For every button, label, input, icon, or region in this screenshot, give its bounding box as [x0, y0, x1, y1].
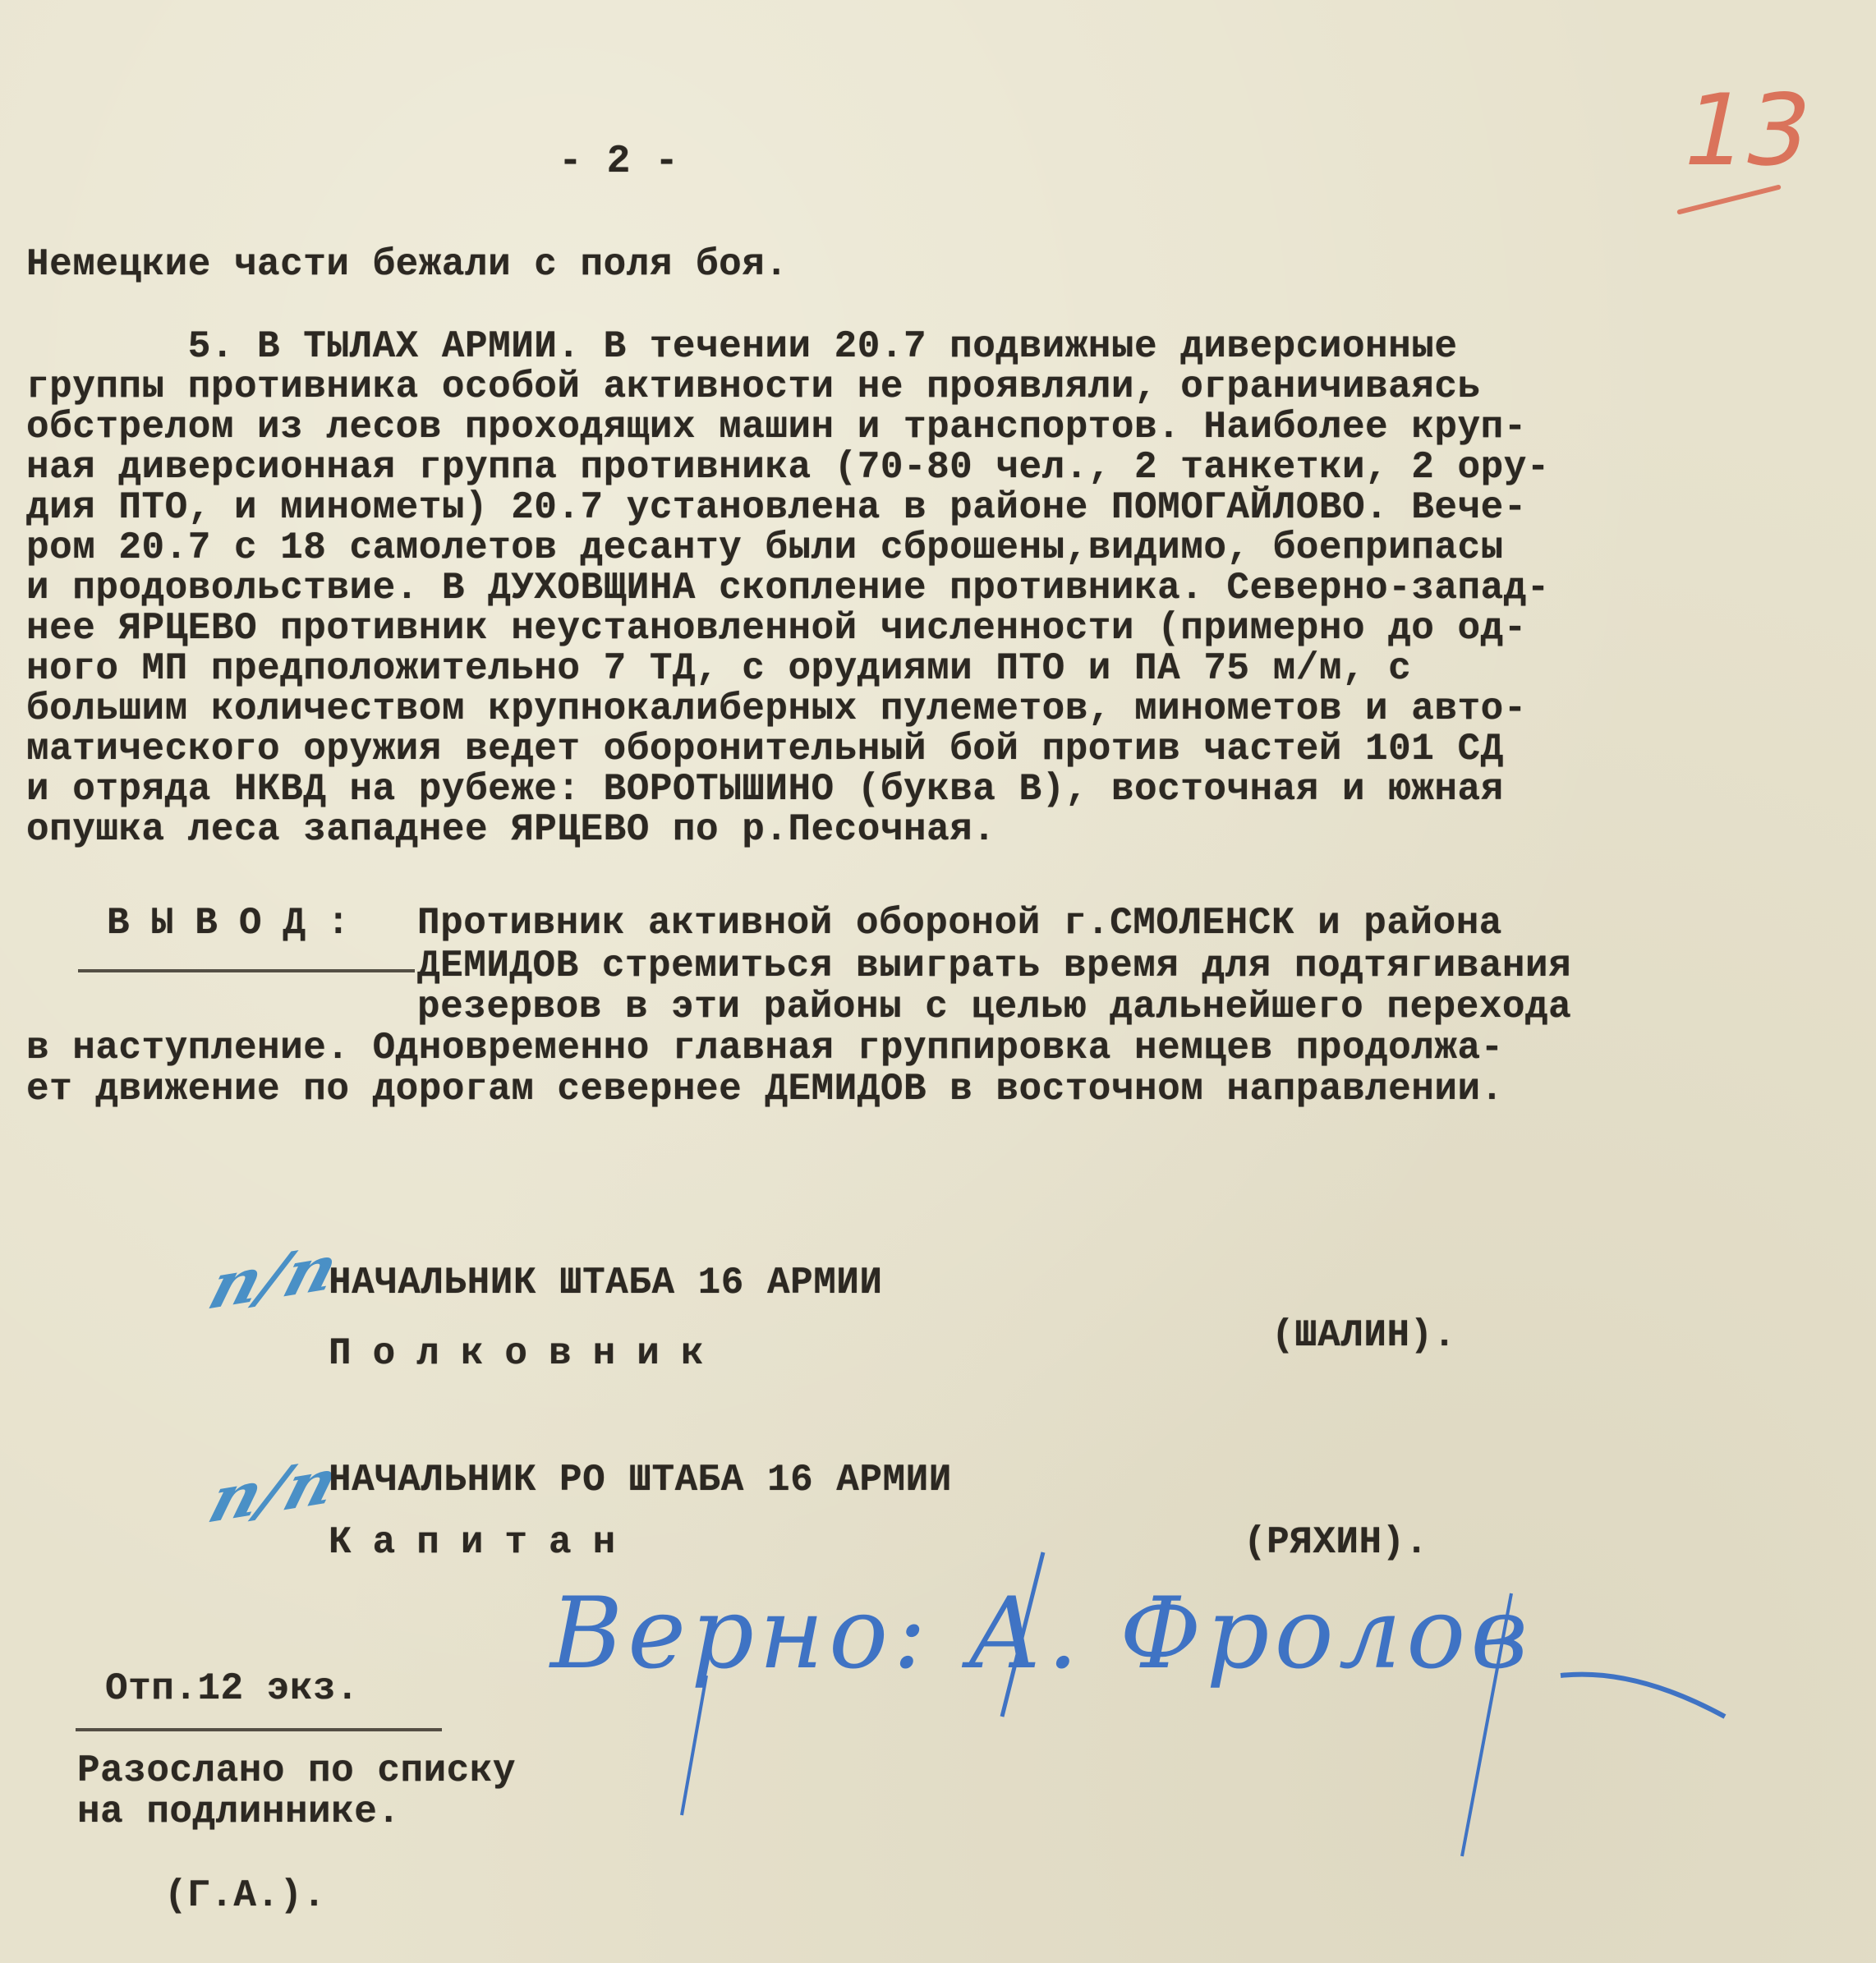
- page-number: - 2 -: [559, 140, 679, 184]
- section5-line: дия ПТО, и минометы) 20.7 установлена в …: [26, 488, 1527, 528]
- section5-line: и продовольствие. В ДУХОВЩИНА скопление …: [26, 568, 1550, 609]
- section5-line: и отряда НКВД на рубеже: ВОРОТЫШИНО (бук…: [26, 770, 1504, 810]
- conclusion-line: в наступление. Одновременно главная груп…: [26, 1027, 1504, 1069]
- signatory-rank: Полковник: [329, 1332, 724, 1375]
- signatory-title: НАЧАЛЬНИК РО ШТАБА 16 АРМИИ: [329, 1459, 952, 1501]
- opening-line: Немецкие части бежали с поля боя.: [26, 245, 788, 285]
- copies-underline: [76, 1728, 442, 1731]
- archive-sheet-number: 13: [1671, 74, 1821, 188]
- section5-line: матического оружия ведет оборонительный …: [26, 729, 1504, 770]
- signature-strokes: [542, 1544, 1774, 1873]
- distribution-line: Разослано по списку: [77, 1749, 516, 1792]
- section5-line: обстрелом из лесов проходящих машин и тр…: [26, 407, 1527, 448]
- section5-line: ром 20.7 с 18 самолетов десанту были сбр…: [26, 528, 1504, 568]
- conclusion-line: ДЕМИДОВ стремиться выиграть время для по…: [417, 945, 1571, 987]
- conclusion-line: Противник активной обороной г.СМОЛЕНСК и…: [417, 902, 1502, 945]
- section5-line: опушка леса западнее ЯРЦЕВО по р.Песочна…: [26, 810, 995, 850]
- section5-line: ного МП предположительно 7 ТД, с орудиям…: [26, 649, 1411, 689]
- copies-count: Отп.12 экз.: [105, 1667, 359, 1710]
- conclusion-line: ет движение по дорогам севернее ДЕМИДОВ …: [26, 1068, 1504, 1110]
- section5-line: ная диверсионная группа противника (70-8…: [26, 448, 1550, 488]
- distribution-line: на подлиннике.: [77, 1791, 400, 1833]
- section5-line: большим количеством крупнокалиберных пул…: [26, 689, 1527, 729]
- conclusion-label: ВЫВОД:: [107, 902, 371, 945]
- typist-initials: (Г.А.).: [164, 1874, 326, 1917]
- section5-line: группы противника особой активности не п…: [26, 367, 1481, 407]
- signatory-name: (ШАЛИН).: [1271, 1314, 1456, 1357]
- conclusion-line: резервов в эти районы с целью дальнейшег…: [417, 986, 1571, 1028]
- section5-line: нее ЯРЦЕВО противник неустановленной чис…: [26, 609, 1527, 649]
- section5-line: 5. В ТЫЛАХ АРМИИ. В течении 20.7 подвижн…: [26, 327, 1457, 367]
- signatory-title: НАЧАЛЬНИК ШТАБА 16 АРМИИ: [329, 1262, 883, 1304]
- conclusion-underline: [78, 969, 415, 972]
